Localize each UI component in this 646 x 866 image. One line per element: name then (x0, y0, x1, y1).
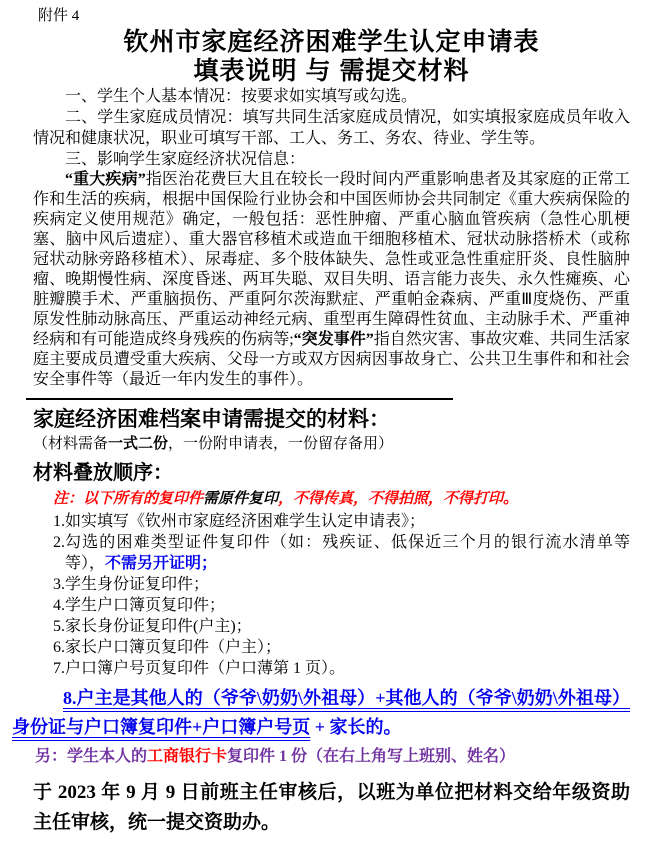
item-number: 2. (53, 532, 65, 574)
list-item: 1.如实填写《钦州市家庭经济困难学生认定申请表》； (53, 511, 630, 532)
attachment-label: 附件 4 (38, 6, 630, 26)
deadline-paragraph: 于 2023 年 9 月 9 日前班主任审核后，以班为单位把材料交给年级资助主任… (33, 778, 630, 838)
warning-red-part-1: 注：以下所有的复印件 (53, 491, 203, 507)
red-warning-note: 注：以下所有的复印件需原件复印，不得传真，不得拍照，不得打印。 (53, 489, 630, 509)
list-item: 4.学生户口簿页复印件； (53, 595, 630, 616)
copies-note-bold: 一式二份 (108, 436, 168, 452)
document-title: 钦州市家庭经济困难学生认定申请表 (33, 28, 630, 57)
item-text: 户口簿户号页复印件（户口薄第 1 页）。 (65, 658, 345, 679)
copies-note: （材料需备一式二份，一份附申请表，一份留存备用） (33, 434, 630, 455)
item-text: 勾选的困难类型证件复印件（如：残疾证、低保近三个月的银行流水清单等等），不需另开… (65, 532, 630, 574)
list-item: 2.勾选的困难类型证件复印件（如：残疾证、低保近三个月的银行流水清单等等），不需… (53, 532, 630, 574)
instruction-item-1: 一、学生个人基本情况：按要求如实填写或勾选。 (33, 86, 630, 107)
item-text: 学生户口簿页复印件； (65, 595, 225, 616)
list-item: 5.家长身份证复印件(户主)； (53, 616, 630, 637)
item-text: 家长身份证复印件(户主)； (65, 616, 252, 637)
list-item-8-householder-note: 8.户主是其他人的（爷爷\奶奶\外祖母）+其他人的（爷爷\奶奶\外祖母）身份证与… (12, 684, 630, 742)
document-page: 附件 4 钦州市家庭经济困难学生认定申请表 填表说明 与 需提交材料 一、学生个… (0, 0, 646, 838)
major-illness-body: 指医治花费巨大且在较长一段时间内严重影响患者及其家庭的正常工作和生活的疾病，根据… (33, 171, 630, 348)
item-number: 1. (53, 511, 65, 532)
bank-note-red: 工商银行卡 (147, 748, 227, 765)
stacking-order-heading: 材料叠放顺序： (33, 460, 630, 486)
item-number: 5. (53, 616, 65, 637)
materials-list: 1.如实填写《钦州市家庭经济困难学生认定申请表》； 2.勾选的困难类型证件复印件… (53, 511, 630, 679)
major-illness-term: “重大疾病” (65, 171, 146, 188)
copies-note-pre: （材料需备 (33, 436, 108, 452)
document-subtitle: 填表说明 与 需提交材料 (33, 57, 630, 86)
warning-red-part-2: ，不得传真，不得拍照，不得打印。 (278, 491, 518, 507)
bank-note-purple-1: 另：学生本人的 (35, 748, 147, 765)
item-number: 7. (53, 658, 65, 679)
copies-note-post: ，一份附申请表，一份留存备用） (168, 436, 393, 452)
bank-card-note: 另：学生本人的工商银行卡复印件 1 份（在右上角写上班别、姓名） (35, 746, 630, 768)
list-item: 6.家长户口簿页复印件（户主）； (53, 637, 630, 658)
list-item: 7.户口簿户号页复印件（户口薄第 1 页）。 (53, 658, 630, 679)
materials-heading: 家庭经济困难档案申请需提交的材料： (33, 406, 630, 433)
item-text: 如实填写《钦州市家庭经济困难学生认定申请表》； (65, 511, 425, 532)
instruction-item-2: 二、学生家庭成员情况：填写共同生活家庭成员情况，如实填报家庭成员年收入情况和健康… (33, 107, 630, 149)
instruction-item-3: 三、影响学生家庭经济状况信息： (33, 149, 630, 170)
item-text-blue: 不需另开证明； (105, 555, 217, 572)
item-number: 6. (53, 637, 65, 658)
list-item: 3.学生身份证复印件； (53, 574, 630, 595)
item-number: 4. (53, 595, 65, 616)
bank-note-purple-2: 复印件 1 份（在右上角写上班别、姓名） (227, 748, 515, 765)
item-number: 3. (53, 574, 65, 595)
section-divider (26, 398, 453, 400)
warning-black-part: 需原件复印 (203, 491, 278, 507)
emergency-event-term: “突发事件” (294, 331, 374, 348)
item-8-plain-text: + 家长的。 (310, 717, 401, 737)
illness-definition-paragraph: “重大疾病”指医治花费巨大且在较长一段时间内严重影响患者及其家庭的正常工作和生活… (33, 170, 630, 390)
item-text: 家长户口簿页复印件（户主）； (65, 637, 281, 658)
item-text: 学生身份证复印件； (65, 574, 209, 595)
